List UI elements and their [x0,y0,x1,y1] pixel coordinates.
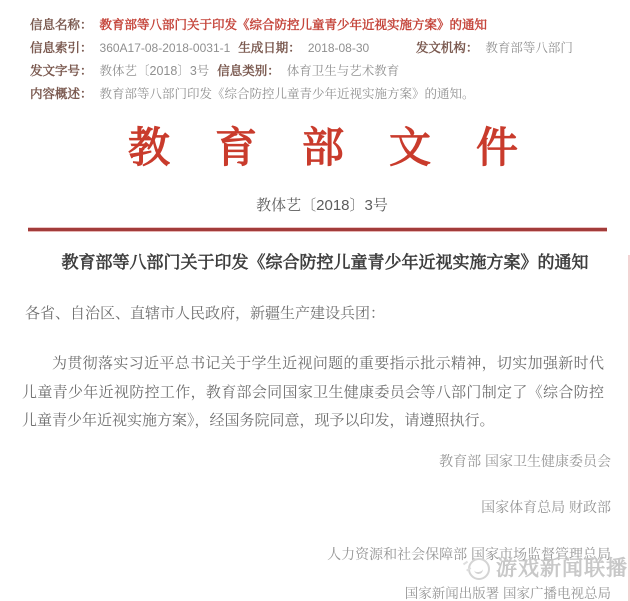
masthead-title-text: 教育部文件 [128,124,563,171]
salutation-line: 各省、自治区、直辖市人民政府，新疆生产建设兵团： [25,304,610,324]
metadata-table: 信息名称： 教育部等八部门关于印发《综合防控儿童青少年近视实施方案》的通知 信息… [0,0,630,106]
meta-row-docnum-category: 发文字号： 教体艺〔2018〕3号 信息类别： 体育卫生与艺术教育 [30,60,614,83]
meta-label-index: 信息索引： [30,37,93,60]
meta-row-summary: 内容概述： 教育部等八部门印发《综合防控儿童青少年近视实施方案》的通知。 [30,83,614,106]
meta-label-name: 信息名称： [30,14,93,37]
meta-value-doc-number: 教体艺〔2018〕3号 [100,60,210,83]
masthead-title: 教育部文件 [0,126,630,170]
signature-line-2: 国家体育总局 财政部 [0,497,630,517]
document-title: 教育部等八部门关于印发《综合防控儿童青少年近视实施方案》的通知 [30,252,620,274]
meta-value-category: 体育卫生与艺术教育 [287,60,400,83]
document-number: 教体艺〔2018〕3号 [7,198,630,214]
meta-value-summary: 教育部等八部门印发《综合防控儿童青少年近视实施方案》的通知。 [100,83,475,106]
document-page: 信息名称： 教育部等八部门关于印发《综合防控儿童青少年近视实施方案》的通知 信息… [0,0,630,601]
meta-value-issuing-agency: 教育部等八部门 [485,37,573,60]
watermark: 游戏新闻联播 [468,557,628,581]
meta-row-index-date-agency: 信息索引： 360A17-08-2018-0031-1 生成日期： 2018-0… [30,37,614,60]
body-paragraph: 为贯彻落实习近平总书记关于学生近视问题的重要指示批示精神，切实加强新时代儿童青少… [22,350,604,436]
meta-label-date: 生成日期： [238,37,301,60]
meta-row-name: 信息名称： 教育部等八部门关于印发《综合防控儿童青少年近视实施方案》的通知 [30,14,614,37]
meta-label-doc-number: 发文字号： [30,60,93,83]
signature-line-1: 教育部 国家卫生健康委员会 [0,451,630,471]
watermark-logo-icon [468,558,490,580]
red-divider-rule [28,228,607,231]
meta-value-index: 360A17-08-2018-0031-1 [100,37,231,60]
meta-value-name: 教育部等八部门关于印发《综合防控儿童青少年近视实施方案》的通知 [100,14,488,37]
meta-value-date: 2018-08-30 [308,37,408,60]
meta-label-issuing-agency: 发文机构： [416,37,479,60]
meta-label-summary: 内容概述： [30,83,93,106]
signature-line-4: 国家新闻出版署 国家广播电视总局 [0,584,630,601]
meta-label-category: 信息类别： [217,60,280,83]
watermark-text: 游戏新闻联播 [496,557,628,581]
